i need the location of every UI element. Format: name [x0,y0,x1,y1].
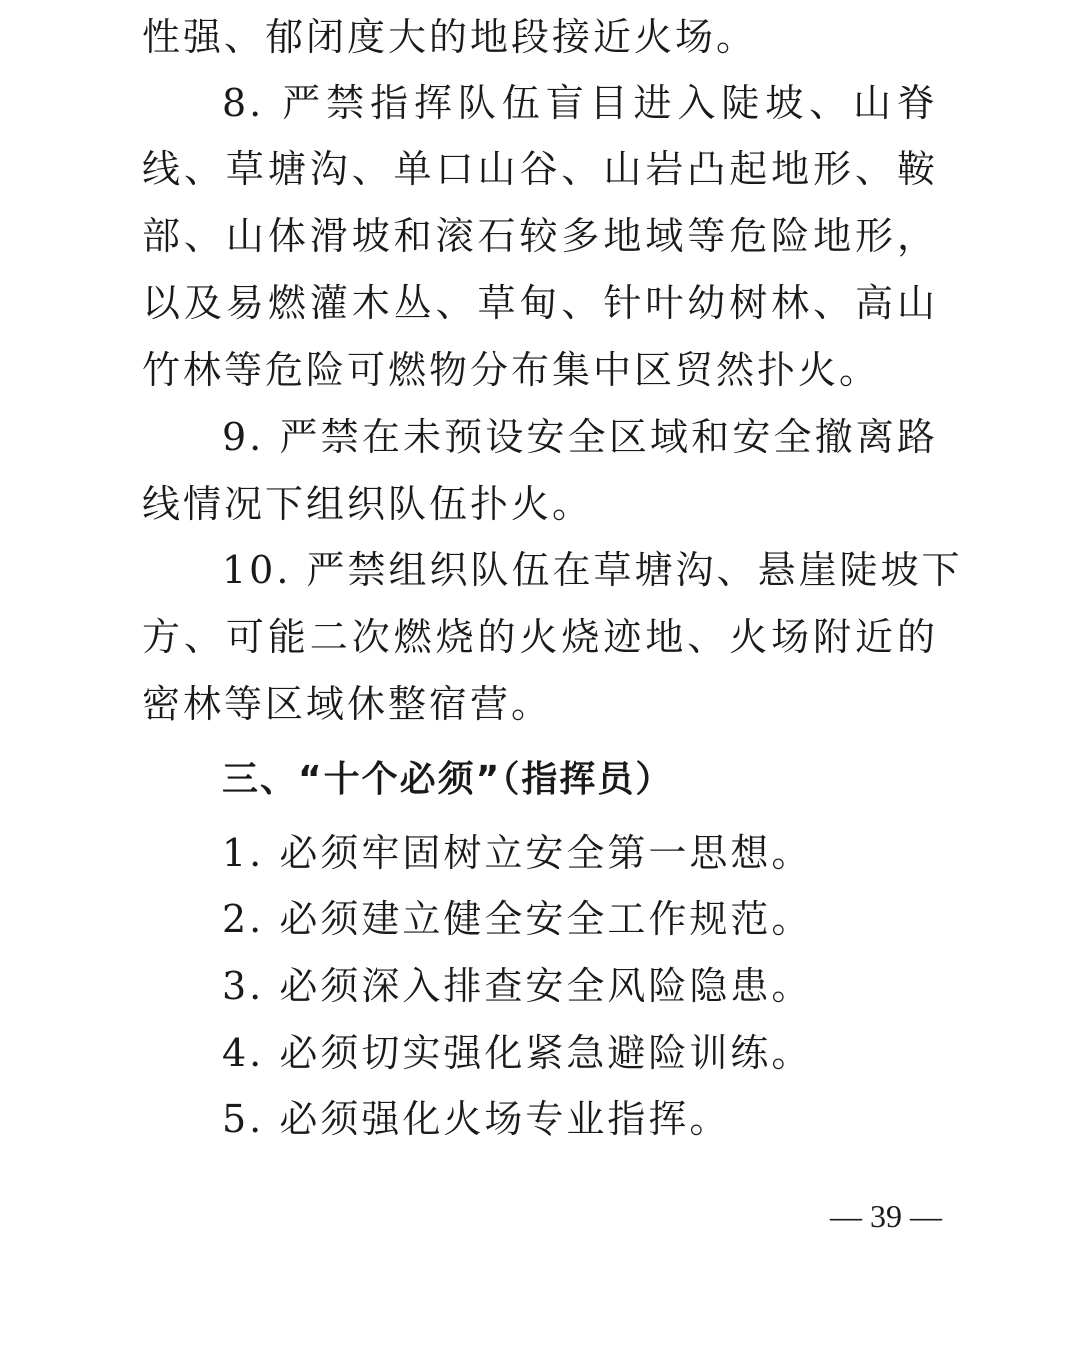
section-heading: 三、“十个必须”（指挥员） [222,757,673,803]
list-item-1: 1. 必须牢固树立安全第一思想。 [222,830,942,876]
list-item-5: 5. 必须强化火场专业指挥。 [222,1096,942,1142]
document-page: 性强、郁闭度大的地段接近火场。 8. 严禁指挥队伍盲目进入陡坡、山脊 线、草塘沟… [0,0,1080,1345]
paragraph-10-line-1: 10. 严禁组织队伍在草塘沟、悬崖陡坡下 [222,547,938,593]
paragraph-8-line-2: 线、草塘沟、单口山谷、山岩凸起地形、鞍 [142,146,938,192]
paragraph-7-continuation-line: 性强、郁闭度大的地段接近火场。 [142,14,942,60]
paragraph-10-line-2: 方、可能二次燃烧的火烧迹地、火场附近的 [142,614,938,660]
list-item-4: 4. 必须切实强化紧急避险训练。 [222,1030,942,1076]
list-item-3: 3. 必须深入排查安全风险隐患。 [222,963,942,1009]
paragraph-10-line-3: 密林等区域休整宿营。 [142,681,942,727]
paragraph-9-line-2: 线情况下组织队伍扑火。 [142,481,942,527]
list-item-2: 2. 必须建立健全安全工作规范。 [222,896,942,942]
paragraph-8-line-3: 部、山体滑坡和滚石较多地域等危险地形， [142,213,938,259]
paragraph-8-line-4: 以及易燃灌木丛、草甸、针叶幼树林、高山 [142,280,938,326]
page-number: — 39 — [800,1196,942,1236]
paragraph-9-line-1: 9. 严禁在未预设安全区域和安全撤离路 [222,414,938,460]
paragraph-8-line-5: 竹林等危险可燃物分布集中区贸然扑火。 [142,347,942,393]
paragraph-8-line-1: 8. 严禁指挥队伍盲目进入陡坡、山脊 [222,80,938,126]
